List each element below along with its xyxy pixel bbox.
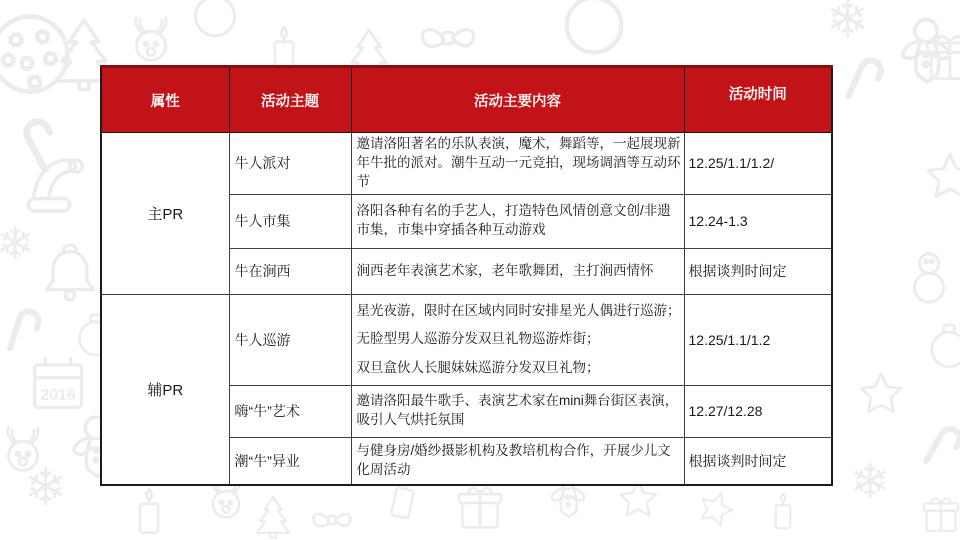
- time-cell: 根据谈判时间定: [684, 248, 832, 294]
- candle-icon: [120, 482, 178, 540]
- content-cell: 星光夜游，限时在区域内同时安排星光人偶进行巡游； 无脸型男人巡游分发双旦礼物巡游…: [351, 294, 684, 385]
- table-row: 主PR 牛人派对 邀请洛阳著名的乐队表演，魔术，舞蹈等，一起展现新年牛批的派对。…: [101, 133, 832, 195]
- theme-cell: 牛人巡游: [229, 294, 351, 385]
- bow-icon: [412, 2, 484, 74]
- gift-icon: [918, 492, 960, 538]
- star-icon: [686, 482, 745, 540]
- reindeer-icon: [120, 8, 182, 70]
- theme-cell: 牛人市集: [229, 194, 351, 248]
- table-row: 辅PR 牛人巡游 星光夜游，限时在区域内同时安排星光人偶进行巡游； 无脸型男人巡…: [101, 294, 832, 385]
- candy-cane-icon: [0, 293, 57, 364]
- bauble-icon: [920, 316, 960, 374]
- snowman-icon: [898, 246, 960, 308]
- theme-cell: 牛在涧西: [229, 248, 351, 294]
- attribute-cell-main-pr: 主PR: [101, 133, 229, 295]
- bell-icon: [34, 238, 106, 310]
- candy-cane-icon: [825, 39, 902, 116]
- gingerbread-man-icon: [886, 12, 960, 92]
- content-cell: 涧西老年表演艺术家，老年歌舞团，主打涧西情怀: [351, 248, 684, 294]
- time-cell: 12.25/1.1/1.2: [684, 294, 832, 385]
- header-theme: 活动主题: [229, 67, 351, 133]
- cookie-icon: [0, 4, 80, 104]
- christmas-tree-icon: [250, 494, 296, 540]
- theme-cell: 潮“牛”异业: [229, 437, 351, 485]
- gift-icon: [452, 480, 508, 536]
- header-attribute: 属性: [101, 67, 229, 133]
- snowflake-icon: ❄: [0, 220, 35, 266]
- candy-cane-icon: [0, 101, 81, 188]
- star-icon: [852, 368, 910, 426]
- theme-cell: 嗨“牛”艺术: [229, 385, 351, 437]
- theme-cell: 牛人派对: [229, 133, 351, 195]
- header-time: 活动时间: [684, 67, 832, 133]
- table-header-row: 属性 活动主题 活动主要内容 活动时间: [101, 67, 832, 133]
- content-cell: 邀请洛阳最牛歌手、表演艺术家在mini舞台街区表演，吸引人气烘托氛围: [351, 385, 684, 437]
- reindeer-icon: [0, 418, 54, 480]
- activity-table-container: 属性 活动主题 活动主要内容 活动时间 主PR 牛人派对 邀请洛阳著名的乐队表演…: [100, 65, 833, 486]
- time-cell: 12.27/12.28: [684, 385, 832, 437]
- content-cell: 邀请洛阳著名的乐队表演，魔术，舞蹈等，一起展现新年牛批的派对。潮牛互动一元竞拍，…: [351, 133, 684, 195]
- activity-table: 属性 活动主题 活动主要内容 活动时间 主PR 牛人派对 邀请洛阳著名的乐队表演…: [100, 65, 833, 486]
- candle-icon: [760, 488, 806, 534]
- snowflake-icon: ❄: [826, 0, 870, 46]
- bauble-icon: [182, 0, 248, 44]
- star-icon: [918, 148, 960, 212]
- bauble-icon: [548, 0, 640, 64]
- time-cell: 12.24-1.3: [684, 194, 832, 248]
- time-cell: 12.25/1.1/1.2/: [684, 133, 832, 195]
- santa-hat-icon: [16, 146, 96, 226]
- gift-icon: [920, 28, 960, 88]
- header-content: 活动主要内容: [351, 67, 684, 133]
- snowflake-icon: ❄: [24, 462, 68, 514]
- svg-text:2016: 2016: [40, 387, 76, 404]
- content-cell: 洛阳各种有名的手艺人，打造特色风情创意文创/非遗市集，市集中穿插各种互动游戏: [351, 194, 684, 248]
- calendar-icon: 2016: [24, 350, 92, 418]
- candy-cane-icon: [904, 406, 960, 482]
- bow-icon: [306, 494, 358, 540]
- time-cell: 根据谈判时间定: [684, 437, 832, 485]
- content-cell: 与健身房/婚纱摄影机构及教培机构合作，开展少儿文化周活动: [351, 437, 684, 485]
- snowflake-icon: ❄: [850, 458, 890, 506]
- attribute-cell-aux-pr: 辅PR: [101, 294, 229, 485]
